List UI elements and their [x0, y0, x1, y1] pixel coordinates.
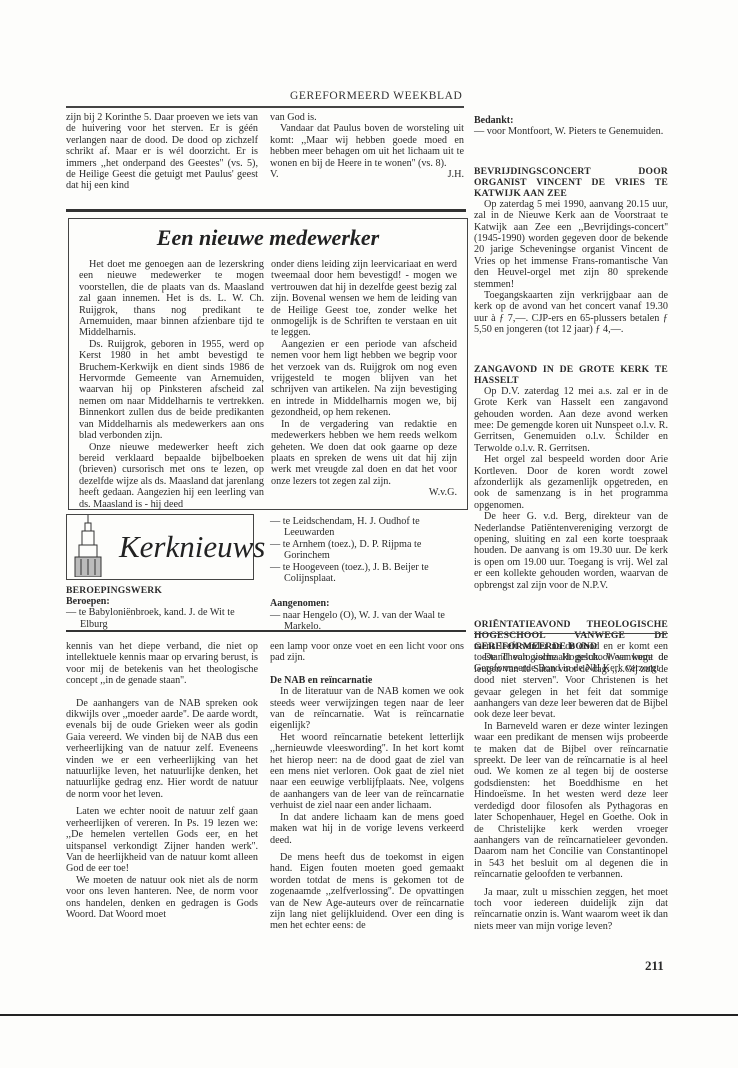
box-title: Een nieuwe medewerker [69, 225, 467, 251]
list-item: — te Babyloniënbroek, kand. J. de Wit te… [66, 607, 256, 630]
news-column: Bedankt: — voor Montfoort, W. Pieters te… [474, 115, 668, 675]
list-item: — te Hoogeveen (toez.), J. B. Beijer te … [270, 562, 466, 585]
signature-author: J.H. [448, 169, 464, 180]
bedankt-label: Bedankt: [474, 115, 668, 126]
subheading: De NAB en reïncarnatie [270, 675, 464, 686]
medewerker-col2: onder diens leiding zijn leervicariaat e… [271, 259, 457, 499]
paragraph: Ja maar, zult u misschien zeggen, het mo… [474, 887, 668, 933]
signature-line: V. J.H. [270, 169, 464, 180]
paragraph: onder diens leiding zijn leervicariaat e… [271, 259, 457, 339]
list-item: — voor Montfoort, W. Pieters te Genemuid… [474, 126, 668, 137]
news-heading: ZANGAVOND IN DE GROTE KERK TE HASSELT [474, 364, 668, 386]
paragraph: mens leeft verder na de dood en er komt … [474, 641, 668, 721]
paragraph: Op zaterdag 5 mei 1990, aanvang 20.15 uu… [474, 199, 668, 290]
page-edge-rule [0, 1014, 738, 1016]
bottom-col1: kennis van het diepe verband, die niet o… [66, 641, 258, 920]
paragraph: Ds. Ruijgrok, geboren in 1955, werd op K… [79, 339, 264, 442]
paragraph: Het doet me genoegen aan de lezerskring … [79, 259, 264, 339]
medewerker-box: Een nieuwe medewerker Het doet me genoeg… [68, 218, 468, 510]
section-heading: BEROEPINGSWERK [66, 585, 256, 596]
signature-author: W.v.G. [271, 487, 457, 498]
divider-thick [66, 209, 466, 212]
paragraph: De heer G. v.d. Berg, direkteur van de N… [474, 511, 668, 591]
paragraph: Het woord reïncarnatie betekent letterli… [270, 732, 464, 812]
bottom-col3: mens leeft verder na de dood en er komt … [474, 641, 668, 932]
paragraph: Vandaar dat Paulus boven de worsteling u… [270, 123, 464, 169]
signature-left: V. [270, 169, 279, 180]
kerknieuws-banner: Kerknieuws [66, 514, 254, 580]
paragraph: kennis van het diepe verband, die niet o… [66, 641, 258, 687]
medewerker-col1: Het doet me genoegen aan de lezerskring … [79, 259, 264, 510]
paragraph: Onze nieuwe medewerker heeft zich bereid… [79, 442, 264, 510]
divider [474, 633, 668, 634]
top-article-col1: zijn bij 2 Korinthe 5. Daar proeven we i… [66, 112, 258, 192]
news-heading: BEVRIJDINGSCONCERT DOOR ORGANIST VINCENT… [474, 166, 668, 199]
kerknieuws-col1: BEROEPINGSWERK Beroepen: — te Babyloniën… [66, 585, 256, 630]
paragraph: van God is. [270, 112, 464, 123]
kerknieuws-col2: — te Leidschendam, H. J. Oudhof te Leeuw… [270, 516, 466, 633]
bottom-col2: een lamp voor onze voet en een licht voo… [270, 641, 464, 932]
paragraph: In de literatuur van de NAB komen we ook… [270, 686, 464, 732]
paragraph: Op D.V. zaterdag 12 mei a.s. zal er in d… [474, 386, 668, 454]
divider-thick [66, 630, 466, 632]
list-item: — te Leidschendam, H. J. Oudhof te Leeuw… [270, 516, 466, 539]
running-header: GEREFORMEERD WEEKBLAD [290, 90, 462, 102]
paragraph: In de vergadering van redaktie en medewe… [271, 419, 457, 487]
paragraph: De aanhangers van de NAB spreken ook dik… [66, 698, 258, 801]
page-number: 211 [645, 958, 664, 974]
paragraph: In dat andere lichaam kan de mens goed m… [270, 812, 464, 846]
paragraph: In Barneveld waren er deze winter lezing… [474, 721, 668, 881]
paragraph: Aangezien er een periode van afscheid ne… [271, 339, 457, 419]
paragraph: We moeten de natuur ook niet als de norm… [66, 875, 258, 921]
top-article-col2: van God is. Vandaar dat Paulus boven de … [270, 112, 464, 180]
church-tower-icon [71, 515, 105, 577]
kerknieuws-title: Kerknieuws [119, 529, 265, 565]
paragraph: Het orgel zal bespeeld worden door Arie … [474, 454, 668, 511]
paragraph: zijn bij 2 Korinthe 5. Daar proeven we i… [66, 112, 258, 192]
list-item: — te Arnhem (toez.), D. P. Rijpma te Gor… [270, 539, 466, 562]
paragraph: een lamp voor onze voet en een licht voo… [270, 641, 464, 664]
aangenomen-label: Aangenomen: [270, 598, 466, 609]
paragraph: Laten we echter nooit de natuur zelf gaa… [66, 806, 258, 874]
beroepen-label: Beroepen: [66, 596, 256, 607]
header-rule [66, 106, 464, 108]
paragraph: Toegangskaarten zijn verkrijgbaar aan de… [474, 290, 668, 336]
paragraph: De mens heeft dus de toekomst in eigen h… [270, 852, 464, 932]
